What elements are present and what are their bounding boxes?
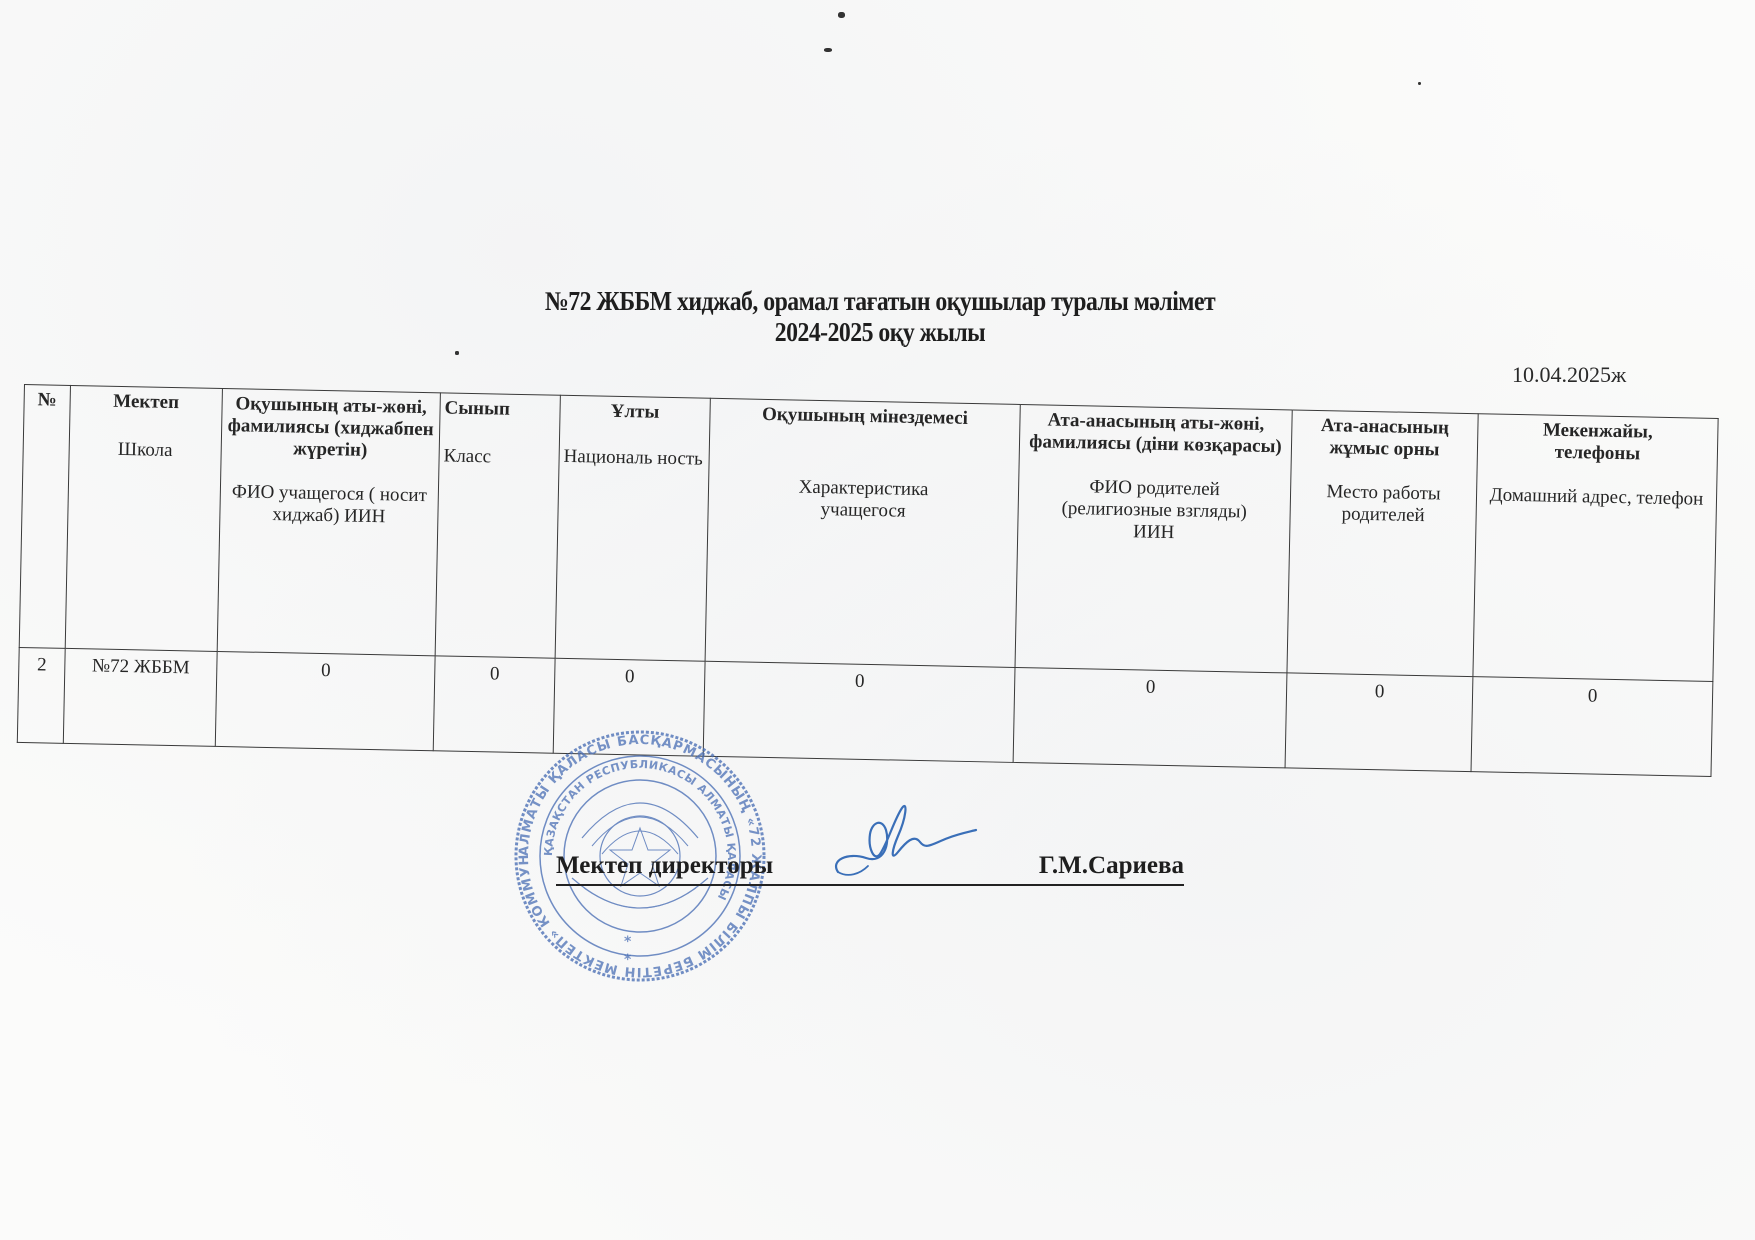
header-parents-name: Ата-анасының аты-жөні, фамилиясы (діни к…	[1015, 404, 1292, 672]
scanned-page: №72 ЖББМ хиджаб, орамал тағатын оқушылар…	[0, 0, 1755, 1240]
scan-speck	[1418, 82, 1421, 85]
cell-parents-work: 0	[1285, 673, 1473, 772]
academic-year: 2024-2025 оқу жылы	[106, 317, 1655, 348]
scan-speck	[455, 351, 459, 355]
signature-name: Г.М.Сариева	[1039, 852, 1184, 880]
header-nationality: Ұлты Националь ность	[555, 395, 710, 661]
header-class: Сынып Класс	[435, 393, 560, 658]
svg-text:*: *	[624, 952, 632, 968]
cell-school: №72 ЖББМ	[63, 648, 217, 746]
table-header-row: № Мектеп Школа Оқушының аты-жөні, фамили…	[19, 385, 1718, 682]
cell-student-name: 0	[215, 651, 435, 750]
header-address-phone: Мекенжайы, телефоны Домашний адрес, теле…	[1473, 414, 1718, 682]
document-title: №72 ЖББМ хиджаб, орамал тағатын оқушылар…	[106, 286, 1655, 317]
header-characteristic: Оқушының мінездемесі Характеристика учащ…	[705, 398, 1020, 667]
document-date: 10.04.2025ж	[1512, 362, 1626, 388]
header-school: Мектеп Школа	[65, 385, 222, 651]
header-parents-work: Ата-анасының жұмыс орны Место работы род…	[1287, 410, 1478, 677]
scan-speck	[824, 48, 832, 52]
students-table: № Мектеп Школа Оқушының аты-жөні, фамили…	[17, 384, 1718, 777]
svg-text:*: *	[624, 934, 632, 950]
cell-number: 2	[17, 647, 65, 743]
header-student-name: Оқушының аты-жөні, фамилиясы (хиджабпен …	[217, 388, 440, 655]
signature-role: Мектеп директоры	[556, 852, 773, 880]
cell-address-phone: 0	[1471, 677, 1713, 777]
cell-parents-name: 0	[1013, 667, 1287, 767]
header-number: №	[19, 385, 70, 649]
handwritten-signature-icon	[828, 800, 978, 880]
scan-speck	[838, 12, 845, 18]
